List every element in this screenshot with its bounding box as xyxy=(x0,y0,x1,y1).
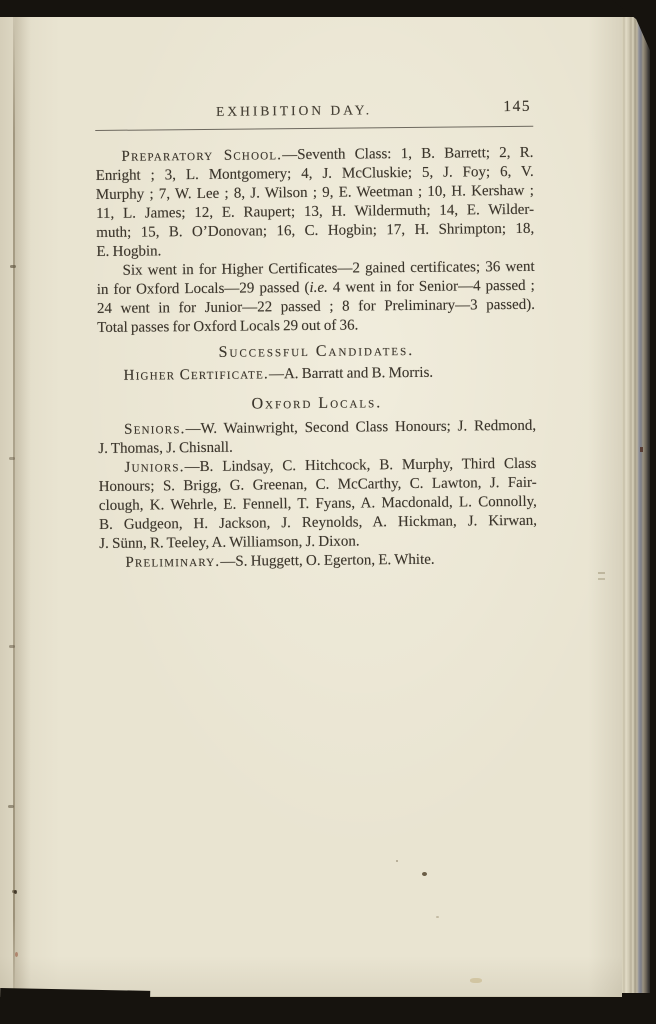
header-rule xyxy=(95,126,533,131)
page-number: 145 xyxy=(503,97,531,116)
section-heading-successful-candidates: Successful Candidates. xyxy=(97,340,535,363)
ink-speck xyxy=(436,916,439,918)
smallcaps-lead: Higher Certificate. xyxy=(124,366,269,383)
text-block: EXHIBITION DAY. 145 Preparatory School.—… xyxy=(95,99,537,573)
stain xyxy=(470,978,482,983)
ink-speck xyxy=(422,872,427,876)
smallcaps-lead: Juniors. xyxy=(124,459,184,476)
section-heading-oxford-locals: Oxford Locals. xyxy=(98,392,536,415)
text-line: Higher Certificate.—A. Barratt and B. Mo… xyxy=(98,363,536,386)
sewing-mark xyxy=(9,645,15,648)
paper-mark xyxy=(598,578,605,580)
sewing-mark xyxy=(10,265,16,268)
ink-speck xyxy=(14,890,17,894)
smallcaps-lead: Preliminary. xyxy=(125,554,220,571)
background-bottom xyxy=(0,997,656,1024)
smallcaps-lead: Seniors. xyxy=(124,421,186,438)
ink-speck xyxy=(15,952,18,957)
running-title: EXHIBITION DAY. xyxy=(95,99,533,122)
page-content: Preparatory School.—Seventh Class: 1, B.… xyxy=(95,144,537,573)
book-scan: EXHIBITION DAY. 145 Preparatory School.—… xyxy=(0,0,656,1024)
background-top xyxy=(0,0,656,17)
paper-mark xyxy=(598,572,605,574)
page-header: EXHIBITION DAY. 145 xyxy=(95,99,533,120)
gutter-shadow xyxy=(15,17,31,996)
italic-abbreviation: i.e. xyxy=(309,280,327,296)
page-edge-stack xyxy=(622,17,650,993)
edge-speck xyxy=(640,447,643,452)
text-line: Total passes for Oxford Locals 29 out of… xyxy=(97,315,535,338)
sewing-mark xyxy=(8,805,14,808)
ink-speck xyxy=(396,860,398,862)
smallcaps-lead: Preparatory School. xyxy=(121,147,282,165)
sewing-mark xyxy=(9,457,15,460)
